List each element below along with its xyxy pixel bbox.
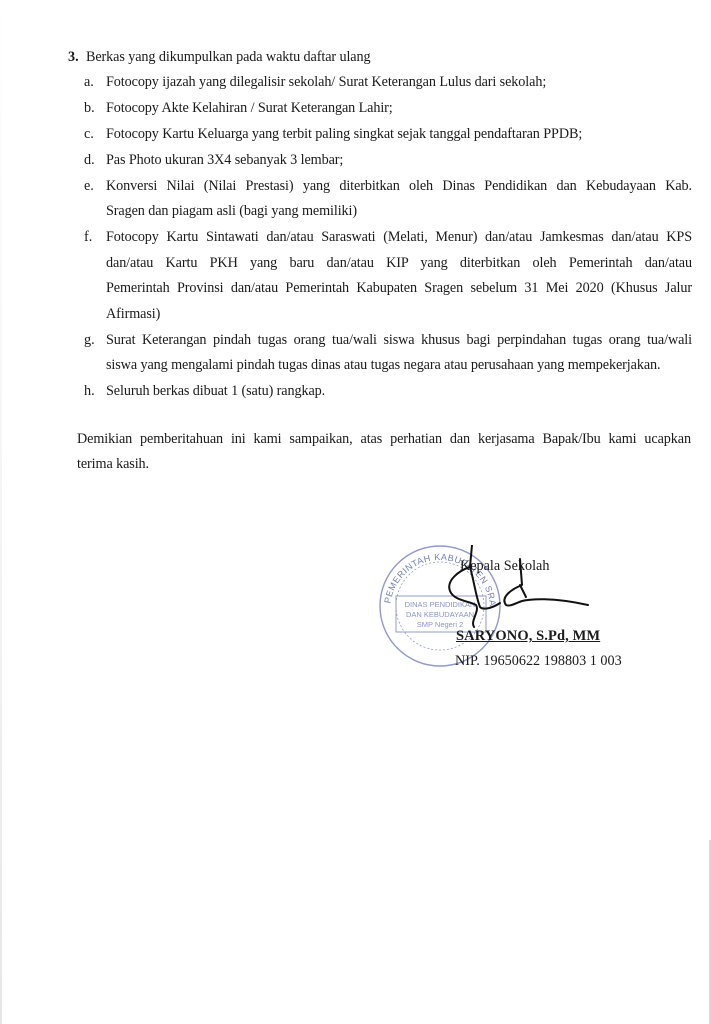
list-item-text: dan/atau Kartu PKH yang baru dan/atau KI… <box>106 256 692 270</box>
list-item-label: f. <box>84 230 92 244</box>
document-page: 3. Berkas yang dikumpulkan pada waktu da… <box>0 0 711 1024</box>
closing-line-2: terima kasih. <box>77 457 149 471</box>
list-item-text: Sragen dan piagam asli (bagi yang memili… <box>106 204 357 218</box>
list-item-text: Pas Photo ukuran 3X4 sebanyak 3 lembar; <box>106 153 343 167</box>
closing-line-1: Demikian pemberitahuan ini kami sampaika… <box>77 432 691 446</box>
list-item-label: b. <box>84 101 95 115</box>
list-item-text: Surat Keterangan pindah tugas orang tua/… <box>106 333 692 347</box>
list-item-label: d. <box>84 153 95 167</box>
list-item-text: Fotocopy Kartu Sintawati dan/atau Sarasw… <box>106 230 692 244</box>
list-item-text: Konversi Nilai (Nilai Prestasi) yang dit… <box>106 179 692 193</box>
handwritten-signature <box>440 545 640 635</box>
list-item-label: h. <box>84 384 95 398</box>
signer-nip: NIP. 19650622 198803 1 003 <box>455 653 622 670</box>
page-edge-left <box>0 0 2 1024</box>
list-item-label: g. <box>84 333 95 347</box>
section-number: 3. <box>68 50 79 64</box>
list-item-text: Fotocopy Kartu Keluarga yang terbit pali… <box>106 127 582 141</box>
list-item-text: Fotocopy Akte Kelahiran / Surat Keterang… <box>106 101 393 115</box>
list-item-text: Afirmasi) <box>106 307 160 321</box>
list-item-text: Pemerintah Provinsi dan/atau Pemerintah … <box>106 281 692 295</box>
section-title: Berkas yang dikumpulkan pada waktu dafta… <box>86 50 370 64</box>
list-item-text: Seluruh berkas dibuat 1 (satu) rangkap. <box>106 384 325 398</box>
list-item-label: a. <box>84 75 94 89</box>
list-item-text: siswa yang mengalami pindah tugas dinas … <box>106 358 660 372</box>
signer-name: SARYONO, S.Pd, MM <box>456 628 600 645</box>
list-item-text: Fotocopy ijazah yang dilegalisir sekolah… <box>106 75 546 89</box>
list-item-label: c. <box>84 127 94 141</box>
list-item-label: e. <box>84 179 94 193</box>
